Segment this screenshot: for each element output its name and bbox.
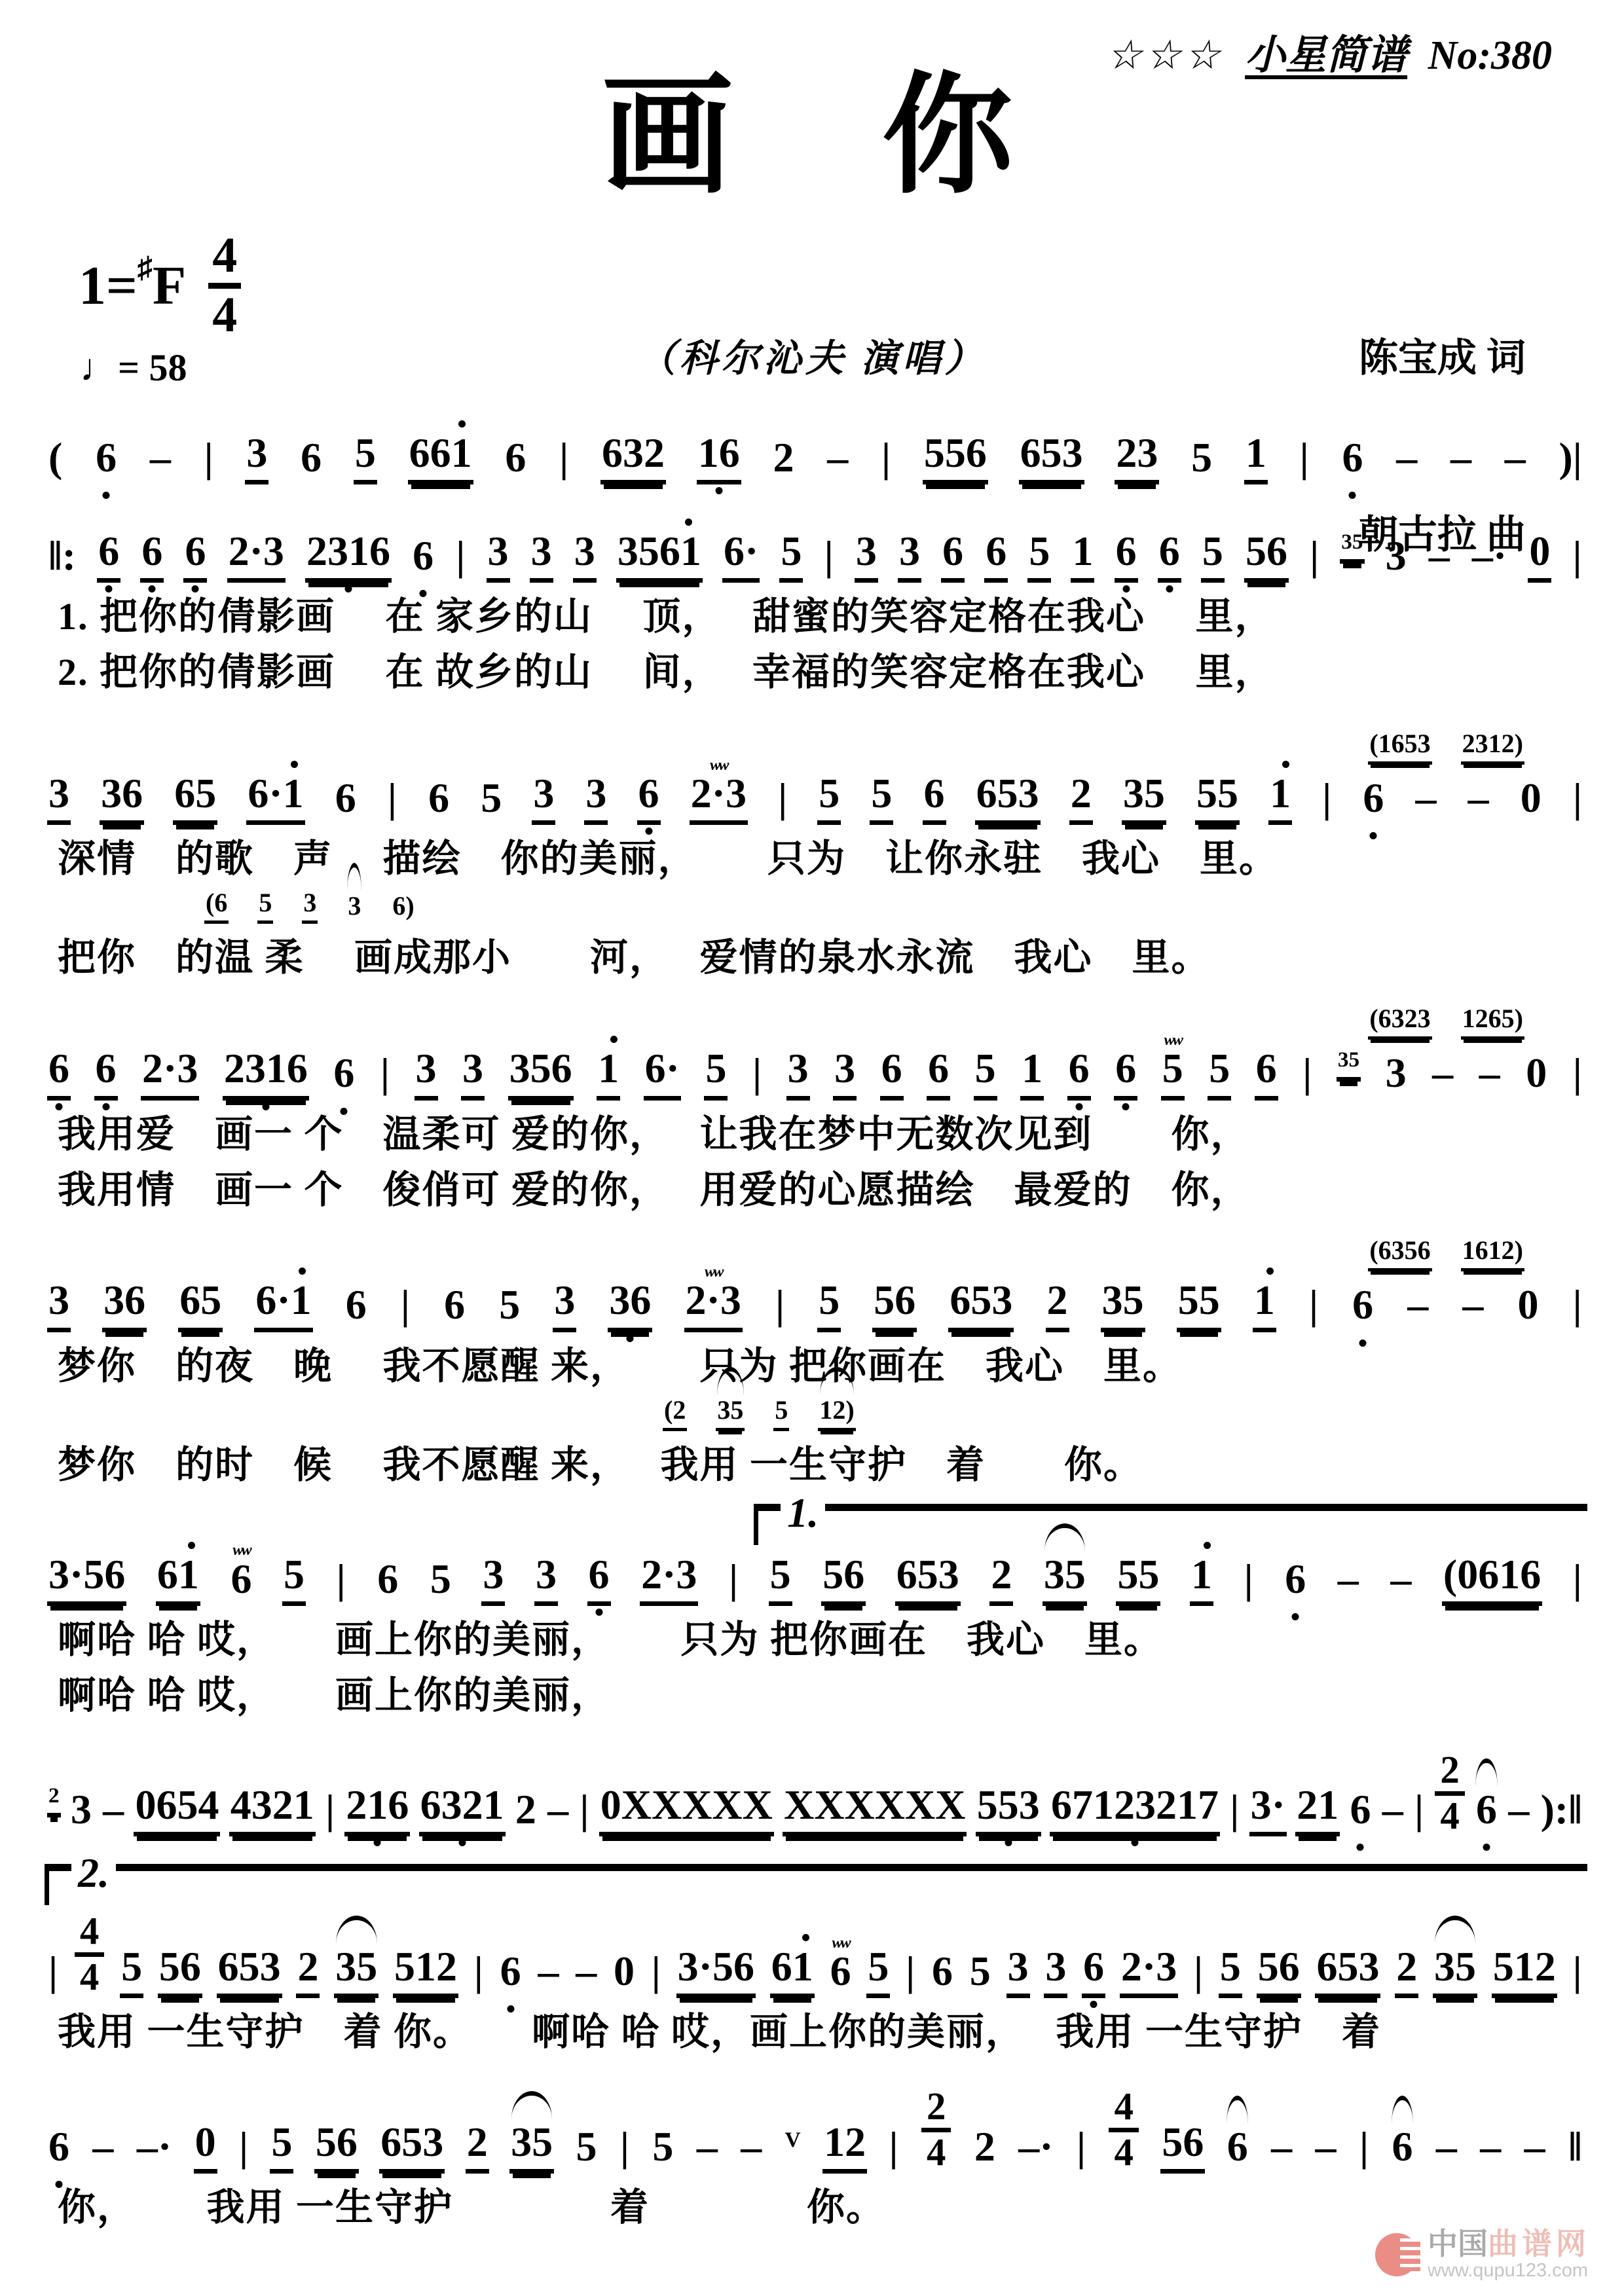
note-token: | (1308, 534, 1320, 583)
note-token: 6 (1348, 1787, 1372, 1836)
system-c: (63231265) 662·323166|3335616·5|33665166… (47, 996, 1583, 1211)
note-token: 12 (822, 2120, 867, 2174)
note-token: 6 (1226, 2124, 1249, 2174)
note-token: 5 (120, 1944, 143, 1998)
note-token: | (1228, 1787, 1240, 1836)
note-token: – (1467, 776, 1490, 825)
note-token: 5 (282, 1552, 306, 1606)
note-token: ):‖ (1540, 1787, 1583, 1836)
note-token: 3 (1044, 1944, 1067, 1998)
note-token: 3 (415, 1046, 438, 1100)
notation-line-g: |44556653235512|6––0|3·566165|653362·3|5… (47, 1906, 1583, 1998)
note-token: 0XXXXX (599, 1783, 774, 1836)
note-token: 6 (923, 771, 946, 825)
note-token: 2 (1046, 1278, 1069, 1332)
note-token: | (751, 1051, 763, 1100)
note-token: 35 (1340, 531, 1364, 564)
note-token: 5 (817, 1278, 841, 1332)
note-token: 36 (608, 1278, 652, 1332)
note-token: 5 (257, 888, 273, 924)
note-token: 512 (393, 1944, 458, 1998)
watermark-text: 中国曲谱网 www.qupu123.com (1428, 2229, 1590, 2280)
note-token: 3 (855, 529, 878, 583)
note-token: 2 (1069, 771, 1093, 825)
time-numerator: 4 (1109, 2088, 1138, 2132)
note-token: – (1337, 1557, 1360, 1606)
watermark-url: www.qupu123.com (1428, 2260, 1588, 2281)
note-token: – (1395, 435, 1418, 484)
note-token: 12) (818, 1396, 855, 1431)
note-token: 6 (376, 1557, 399, 1606)
note-token: – (1428, 534, 1451, 583)
note-token: 5 (866, 1944, 890, 1998)
note-token: ‖ (1567, 2124, 1583, 2174)
note-token: 0 (1528, 529, 1551, 583)
lyrics-c-verse2: 我用情 画一 个 俊俏可 爱的你， 用爱的心愿描绘 最爱的 你， (47, 1169, 1583, 1212)
note-token: 3 (346, 892, 362, 924)
system-interlude: 23–06544321|21663212–|0XXXXXXXXXXX553671… (47, 1745, 1583, 1837)
note-token: 56 (314, 2120, 359, 2174)
note-token: 6) (391, 892, 415, 924)
note-token: 2·3 (141, 1046, 199, 1100)
notation-line-h: 6––·0|5566532355|5––V12|242–·|44566––|6–… (47, 2081, 1583, 2174)
note-token: 6· (644, 1046, 681, 1100)
note-token: – (1507, 1787, 1530, 1836)
note-token: 36 (100, 771, 144, 825)
qupu-logo-icon (1375, 2233, 1418, 2276)
note-token: 653 (948, 1278, 1014, 1332)
note-token: | (880, 435, 892, 484)
note-token: 6 (344, 1283, 368, 1332)
note-token: 2316 (305, 529, 392, 583)
note-token: 6 (1390, 2124, 1414, 2174)
note-token: 6 (140, 529, 164, 583)
note-token: | (728, 1557, 739, 1606)
note-token: 3 (898, 529, 921, 583)
lyrics-h: 你， 我用 一生守护 着 你。 (47, 2187, 1583, 2229)
note-token: 3 (461, 1046, 485, 1100)
note-token: 6 (829, 1949, 853, 1998)
note-token: 35 (1122, 771, 1166, 825)
note-token: 6 (94, 1046, 118, 1100)
note-token: 3 (833, 1046, 857, 1100)
notation-line-d: 336656·16|653362·3|556653235551|6––0| (47, 1271, 1583, 1332)
note-token: – (536, 1949, 560, 1998)
note-token: 3 (553, 1278, 576, 1332)
note-token: 2 (514, 1787, 538, 1836)
note-token: | (1572, 534, 1583, 583)
note-token: 3 (530, 529, 553, 583)
subtitle: （科尔沁夫 演唱） (0, 327, 1624, 382)
note-token: ‖: (47, 534, 77, 583)
note-token: 5 (769, 1552, 792, 1606)
note-token: 512 (1492, 1944, 1557, 1998)
note-token: (2 (663, 1396, 687, 1431)
note-token: 23 (1115, 431, 1159, 484)
note-token: 5 (1201, 529, 1225, 583)
note-token: 55 (1195, 771, 1240, 825)
note-token: 5 (479, 776, 503, 825)
note-token: 3 (69, 1787, 93, 1836)
note-token: 2·3 (684, 1278, 743, 1332)
note-token: | (335, 1557, 347, 1606)
note-token: – (546, 1787, 570, 1836)
note-token: | (1572, 1283, 1583, 1332)
time-numerator: 2 (921, 2088, 951, 2132)
note-token: 2·3 (1120, 1944, 1178, 1998)
note-token: 67123217 (1050, 1783, 1220, 1836)
note-token: | (1192, 1949, 1204, 1998)
note-token: 6 (499, 1949, 523, 1998)
note-token: 6 (927, 1046, 950, 1100)
lyrics-g: 我用 一生守护 着 你。 啊哈 哈 哎，画上你的美丽， 我用 一生守护 着 (47, 2011, 1583, 2054)
second-ending-bracket: 2. (45, 1864, 1587, 1905)
note-token: 6 (97, 529, 120, 583)
note-token: –· (1017, 2124, 1054, 2174)
note-token: 1 (597, 1046, 620, 1100)
note-token: | (1572, 1051, 1583, 1100)
note-token: 65 (173, 771, 217, 825)
note-token: 6 (1115, 529, 1138, 583)
note-token: 3 (1384, 1051, 1408, 1100)
note-token: 5 (1161, 1046, 1185, 1100)
system-final: 6––·0|5566532355|5––V12|242–·|44566––|6–… (47, 2081, 1583, 2229)
lyrics-b-verse2: 把你 的温 柔 画成那小 河， 爱情的泉水永流 我心 里。 (47, 937, 1583, 979)
note-token: 3 (532, 771, 555, 825)
note-token: 553 (976, 1783, 1041, 1836)
note-token: 6 (47, 2124, 71, 2174)
note-token: 356 (508, 1046, 574, 1100)
note-token: | (619, 2124, 631, 2174)
note-token: 3 (1384, 534, 1408, 583)
note-token: 3 (245, 431, 268, 484)
note-token: 0 (194, 2120, 217, 2174)
note-token: 6 (941, 529, 965, 583)
note-token: 1 (1268, 771, 1292, 825)
first-ending-label: 1. (781, 1489, 825, 1537)
lyrics-a-verse1: 1. 把你的倩影画 在 家乡的山 顶， 甜蜜的笑容定格在我心 里， (47, 596, 1583, 638)
note-token: 1 (1020, 1046, 1044, 1100)
note-token: | (386, 776, 398, 825)
note-token: 6 (1158, 529, 1181, 583)
note-token: 6 (1340, 435, 1364, 484)
system-verse-1: ‖:6662·323166|33335616·5|33665166556|353… (47, 522, 1583, 694)
note-token: | (1358, 2124, 1370, 2174)
note-token: – (1461, 1283, 1485, 1332)
note-token: 56 (821, 1552, 866, 1606)
note-token: | (774, 1283, 786, 1332)
note-token: 35 (716, 1396, 745, 1431)
note-token: 6 (1067, 1046, 1091, 1100)
note-token: 4321 (229, 1783, 316, 1836)
note-token: 5 (354, 431, 377, 484)
notation-line-f: 23–06544321|21663212–|0XXXXXXXXXXX553671… (47, 1745, 1583, 1837)
system-b: (16532312) 336656·16|653362·3|5566532355… (47, 721, 1583, 979)
note-token: 6 (984, 529, 1008, 583)
note-token: 1 (1071, 529, 1094, 583)
note-token: 35 (1101, 1278, 1145, 1332)
note-token: 5 (651, 2124, 674, 2174)
note-token: 2·3 (690, 771, 748, 825)
note-token: 1 (1253, 1278, 1276, 1332)
note-token: ( (47, 435, 64, 484)
note-token: – (1270, 2124, 1293, 2174)
note-token: 6 (1351, 1283, 1375, 1332)
note-token: 0 (1524, 1051, 1548, 1100)
note-token: 2 (772, 435, 796, 484)
note-token: 3 (487, 529, 510, 583)
note-token: 216 (344, 1783, 410, 1836)
note-token: (6323 (1368, 1004, 1431, 1040)
note-token: – (149, 435, 172, 484)
note-token: 21 (1295, 1783, 1340, 1836)
note-token: 36 (102, 1278, 147, 1332)
time-denominator: 4 (1440, 1796, 1459, 1836)
note-token: 55 (1116, 1552, 1160, 1606)
note-token: 35 (334, 1944, 378, 1998)
notation-line-intro: (6–|3656616|632162–|5566532351|6–––)| (47, 424, 1583, 484)
system-intro: (6–|3656616|632162–|5566532351|6–––)| (47, 424, 1583, 484)
note-token: 2312) (1461, 729, 1524, 765)
note-token: | (904, 1949, 916, 1998)
system-g-second-ending: 2. |44556653235512|6––0|3·566165|653362·… (47, 1864, 1583, 2054)
note-token: | (887, 2124, 899, 2174)
note-token: – (1478, 1051, 1502, 1100)
stars-icon: ☆☆☆ (1106, 33, 1223, 78)
note-token: 3 (573, 529, 597, 583)
grace-notes-d-mid: (235512) (47, 1388, 1583, 1431)
note-token: 556 (923, 431, 988, 484)
note-token: 6 (1255, 1046, 1278, 1100)
note-token: 3 (302, 888, 318, 924)
note-token: | (558, 435, 570, 484)
note-token: 653 (975, 771, 1041, 825)
note-token: 6 (443, 1283, 466, 1332)
note-token: 5 (817, 771, 841, 825)
note-token: V (784, 2129, 802, 2157)
note-token: )| (1557, 435, 1583, 484)
note-token: 3·56 (676, 1944, 756, 1998)
score: (6–|3656616|632162–|5566532351|6–––)| ‖:… (47, 424, 1583, 2229)
note-token: | (47, 1949, 59, 1998)
note-token: 24 (1433, 1751, 1466, 1837)
note-token: | (1301, 1051, 1313, 1100)
lyrics-d-verse1: 梦你 的夜 晚 我不愿醒 来， 只为 把你画在 我心 里。 (47, 1345, 1583, 1388)
note-token: | (454, 534, 466, 583)
note-token: 6 (931, 1949, 954, 1998)
note-token: 5 (1027, 529, 1051, 583)
notation-line-c: 662·323166|3335616·5|33665166556|353––0| (47, 1040, 1583, 1100)
note-token: | (823, 534, 835, 583)
note-token: 35 (509, 2120, 554, 2174)
note-token: 61 (156, 1552, 200, 1606)
system-e-first-ending: 1. 3·566165|653362·3|556653235551|6––(06… (47, 1504, 1583, 1717)
note-token: 6 (94, 435, 118, 484)
note-token: 3 (584, 771, 608, 825)
note-token: 3· (1249, 1783, 1287, 1836)
note-token: | (473, 1949, 485, 1998)
lyrics-c-verse1: 我用爱 画一 个 温柔可 爱的你， 让我在梦中无数次见到 你， (47, 1114, 1583, 1156)
note-token: 0 (1516, 1283, 1540, 1332)
grace-notes-b: (16532312) (47, 721, 1583, 765)
note-token: – (574, 1949, 598, 1998)
note-token: | (203, 435, 215, 484)
note-token: 3 (1006, 1944, 1030, 1998)
note-token: 5 (270, 2120, 293, 2174)
note-token: 5 (974, 1046, 997, 1100)
time-denominator: 4 (1114, 2132, 1133, 2172)
note-token: 5 (498, 1283, 521, 1332)
note-token: 44 (1107, 2088, 1139, 2174)
note-token: (1653 (1368, 729, 1431, 765)
note-token: | (324, 1787, 336, 1836)
brand-name: 小星简谱 (1245, 33, 1407, 78)
grace-notes-c: (63231265) (47, 996, 1583, 1040)
note-token: 6 (504, 435, 527, 484)
note-token: 56 (1160, 2120, 1205, 2174)
time-numerator: 2 (1435, 1751, 1464, 1796)
note-token: – (695, 2124, 719, 2174)
note-token: 5 (704, 1046, 728, 1100)
note-token: (6 (204, 888, 229, 924)
key-signature: 1=♯F 4 4 (79, 230, 241, 340)
note-token: – (1381, 1787, 1405, 1836)
note-token: 56 (1257, 1944, 1301, 1998)
note-token: | (238, 2124, 249, 2174)
note-token: – (1504, 435, 1527, 484)
note-token: 3 (47, 1278, 71, 1332)
note-token: 6 (229, 1557, 253, 1606)
time-numerator: 4 (75, 1912, 104, 1957)
note-token: 6 (1114, 1046, 1137, 1100)
note-token: 2 (47, 1785, 61, 1818)
note-token: 1 (1244, 431, 1268, 484)
note-token: 6 (1475, 1787, 1498, 1836)
note-token: 2 (466, 2120, 489, 2174)
watermark-site-cn1: 中国 (1428, 2227, 1488, 2261)
note-token: 6 (334, 776, 358, 825)
note-token: 6 (411, 534, 435, 583)
system-d: (63561612) 336656·16|653362·3|5566532355… (47, 1228, 1583, 1486)
note-token: | (777, 776, 788, 825)
note-token: (6356 (1368, 1236, 1431, 1271)
note-token: 2 (989, 1552, 1013, 1606)
note-token: 2 (1395, 1944, 1418, 1998)
note-token: 3 (534, 1552, 558, 1606)
notation-line-a: ‖:6662·323166|33335616·5|33665166556|353… (47, 522, 1583, 583)
note-token: 2316 (223, 1046, 309, 1100)
note-token: 3 (481, 1552, 505, 1606)
grace-notes-b-mid: (65336) (47, 881, 1583, 924)
note-token: –· (136, 2124, 173, 2174)
note-token: 5 (1208, 1046, 1231, 1100)
note-token: 6321 (419, 1783, 506, 1836)
second-ending-label: 2. (71, 1849, 116, 1897)
sheet-number: No:380 (1428, 33, 1552, 78)
note-token: (0616 (1442, 1552, 1542, 1606)
note-token: XXXXXX (783, 1783, 967, 1836)
note-token: 5 (773, 1396, 789, 1431)
note-token: 1612) (1461, 1236, 1524, 1271)
note-token: 6 (880, 1046, 904, 1100)
note-token: 5 (870, 771, 893, 825)
note-token: 3·56 (47, 1552, 126, 1606)
lyrics-b-verse1: 深情 的歌 声 描绘 你的美丽， 只为 让你永驻 我心 里。 (47, 838, 1583, 881)
lyrics-d-verse2: 梦你 的时 候 我不愿醒 来， 我用 一生守护 着 你。 (47, 1444, 1583, 1487)
note-token: 2·3 (227, 529, 286, 583)
note-token: 3561 (616, 529, 703, 583)
lyrics-e-verse1: 啊哈 哈 哎， 画上你的美丽， 只为 把你画在 我心 里。 (47, 1619, 1583, 1662)
note-token: | (379, 1051, 391, 1100)
note-token: 5 (1190, 435, 1213, 484)
note-token: – (1435, 2124, 1458, 2174)
lyrics-a-verse2: 2. 把你的倩影画 在 故乡的山 间， 幸福的笑容定格在我心 里， (47, 651, 1583, 694)
note-token: 61 (770, 1944, 815, 1998)
notation-line-b: 336656·16|653362·3|556653235551|6––0| (47, 765, 1583, 825)
note-token: – (826, 435, 849, 484)
note-token: | (1075, 2124, 1087, 2174)
note-token: 44 (73, 1912, 105, 1998)
note-token: 6 (587, 1552, 611, 1606)
note-token: 3 (786, 1046, 810, 1100)
note-token: 0654 (134, 1783, 220, 1836)
note-token: 35 (1043, 1552, 1087, 1606)
note-token: 65 (178, 1278, 223, 1332)
note-token: 5 (779, 529, 803, 583)
note-token: 2 (296, 1944, 320, 1998)
note-token: – (739, 2124, 763, 2174)
note-token: – (101, 1787, 125, 1836)
sheet-music-page: ☆☆☆ 小星简谱 No:380 画 你 陈宝成 词 朝古拉 曲 1=♯F 4 4… (0, 0, 1624, 2296)
note-token: 5 (969, 1949, 992, 1998)
note-token: 6·1 (254, 1278, 312, 1332)
note-token: 35 (1433, 1944, 1477, 1998)
page-title: 画 你 (0, 72, 1624, 203)
time-signature: 4 4 (208, 230, 241, 340)
note-token: – (1479, 2124, 1502, 2174)
note-token: 5 (1219, 1944, 1242, 1998)
note-token: – (1389, 1557, 1412, 1606)
note-token: | (1572, 1949, 1583, 1998)
watermark: 中国曲谱网 www.qupu123.com (1375, 2229, 1590, 2280)
note-token: 653 (217, 1944, 282, 1998)
note-token: | (1321, 776, 1333, 825)
note-token: 2 (973, 2124, 997, 2174)
note-token: 653 (1019, 431, 1084, 484)
note-token: 2·3 (640, 1552, 698, 1606)
note-token: 6 (1082, 1944, 1105, 1998)
note-token: – (1523, 2124, 1547, 2174)
note-token: 16 (697, 431, 741, 484)
grace-notes-d: (63561612) (47, 1228, 1583, 1271)
notation-line-e: 3·566165|653362·3|556653235551|6––(0616| (47, 1546, 1583, 1606)
note-token: 6 (299, 435, 323, 484)
note-token: – (91, 2124, 115, 2174)
note-token: | (1413, 1787, 1425, 1836)
sharp-symbol: ♯ (138, 250, 153, 285)
note-token: 5 (429, 1557, 452, 1606)
note-token: 35 (1337, 1049, 1361, 1082)
note-token: 6 (1361, 776, 1385, 825)
first-ending-bracket: 1. (754, 1504, 1587, 1545)
note-token: 55 (1177, 1278, 1221, 1332)
note-token: 0 (1519, 776, 1543, 825)
note-token: –· (1471, 534, 1508, 583)
note-token: 1 (1190, 1552, 1213, 1606)
time-denominator: 4 (927, 2132, 946, 2172)
note-token: – (1314, 2124, 1338, 2174)
note-token: 6 (47, 1046, 71, 1100)
